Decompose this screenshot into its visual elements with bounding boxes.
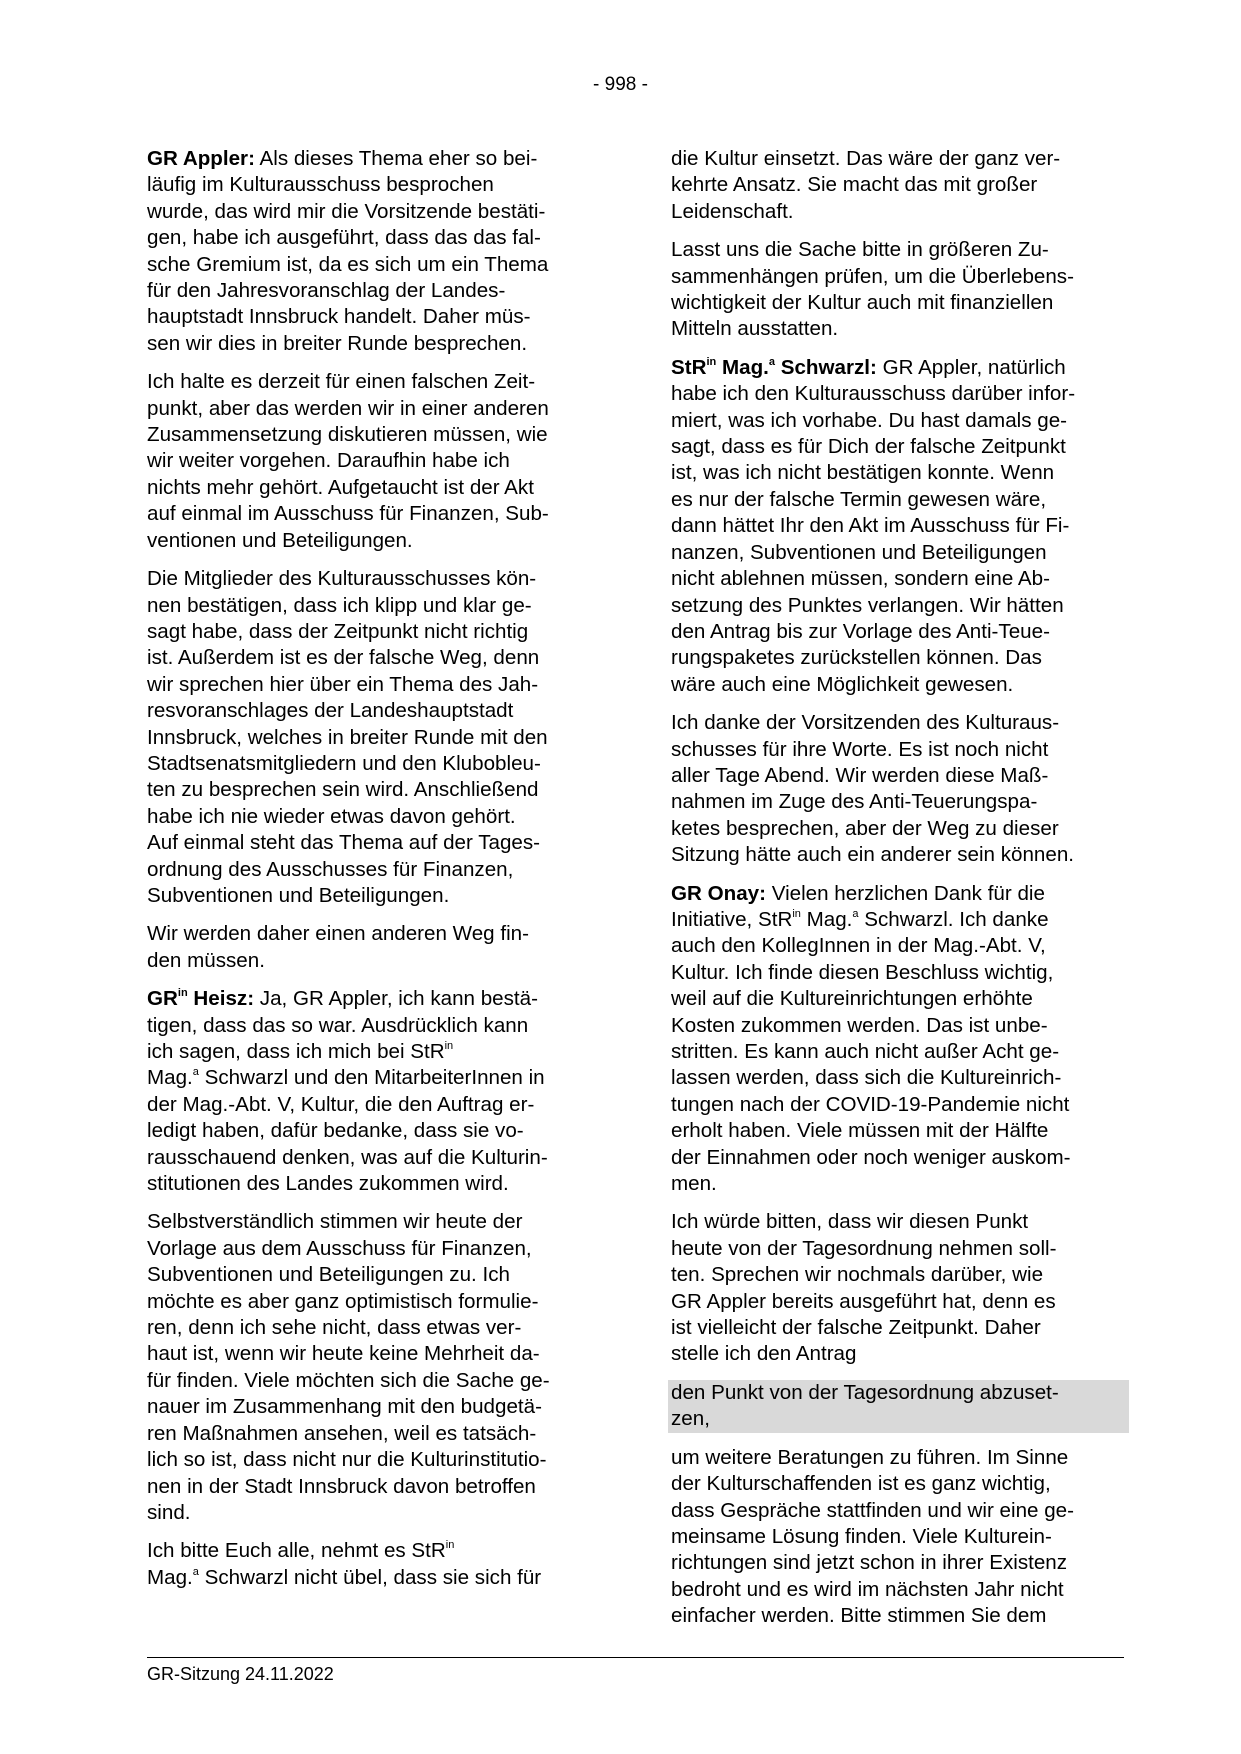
speech-text: Als dieses Thema eher so bei- läufig im … (147, 147, 548, 355)
speaker-title: StR (671, 356, 706, 379)
paragraph: die Kultur einsetzt. Das wäre der ganz v… (671, 146, 1123, 225)
paragraph: Selbstverständlich stimmen wir heute der… (147, 1209, 599, 1526)
paragraph-schwarzl: StRin Mag.a Schwarzl: GR Appler, natürli… (671, 355, 1123, 698)
paragraph: Die Mitglieder des Kulturausschusses kön… (147, 566, 599, 909)
paragraph-onay: GR Onay: Vielen herzlichen Dank für die … (671, 881, 1123, 1198)
speaker-name: StRin Mag.a Schwarzl: (671, 356, 877, 379)
paragraph: Ich halte es derzeit für einen falschen … (147, 369, 599, 554)
speaker-surname: Heisz: (188, 987, 254, 1010)
footer-divider (147, 1657, 1124, 1658)
speech-text: Mag. (147, 1566, 193, 1589)
paragraph-heisz: GRin Heisz: Ja, GR Appler, ich kann best… (147, 986, 599, 1197)
paragraph: Ich danke der Vorsitzenden des Kulturaus… (671, 710, 1123, 868)
footer-session-date: GR-Sitzung 24.11.2022 (147, 1664, 334, 1685)
speaker-name: GR Onay: (671, 882, 766, 905)
speech-text: Mag. (801, 908, 853, 931)
speech-text: Schwarzl und den MitarbeiterInnen in der… (147, 1066, 548, 1195)
speaker-name: GRin Heisz: (147, 987, 254, 1010)
superscript: in (445, 1040, 454, 1052)
speaker-surname: Schwarzl: (775, 356, 877, 379)
left-column: GR Appler: Als dieses Thema eher so bei-… (147, 146, 599, 1603)
speech-text: Mag. (147, 1066, 193, 1089)
right-column: die Kultur einsetzt. Das wäre der ganz v… (671, 146, 1123, 1642)
speech-text: Schwarzl. Ich danke auch den KollegInnen… (671, 908, 1071, 1195)
speech-text: Schwarzl nicht übel, dass sie sich für (199, 1566, 541, 1589)
paragraph: Ich würde bitten, dass wir diesen Punkt … (671, 1209, 1123, 1367)
paragraph: um weitere Beratungen zu führen. Im Sinn… (671, 1445, 1123, 1630)
paragraph-appler: GR Appler: Als dieses Thema eher so bei-… (147, 146, 599, 357)
paragraph: Ich bitte Euch alle, nehmt es StRin Mag.… (147, 1538, 599, 1591)
motion-highlight: den Punkt von der Tagesordnung abzuset- … (668, 1380, 1129, 1433)
speech-text: Ich bitte Euch alle, nehmt es StR (147, 1539, 446, 1562)
superscript: in (178, 987, 188, 999)
superscript: in (446, 1539, 455, 1551)
speaker-title: Mag. (716, 356, 769, 379)
paragraph: Lasst uns die Sache bitte in größeren Zu… (671, 237, 1123, 343)
superscript: in (792, 908, 801, 920)
paragraph: Wir werden daher einen anderen Weg fin- … (147, 921, 599, 974)
speech-text: GR Appler, natürlich habe ich den Kultur… (671, 356, 1075, 696)
page-number: - 998 - (0, 74, 1241, 96)
speaker-title: GR (147, 987, 178, 1010)
speaker-name: GR Appler: (147, 147, 255, 170)
superscript: in (706, 356, 716, 368)
